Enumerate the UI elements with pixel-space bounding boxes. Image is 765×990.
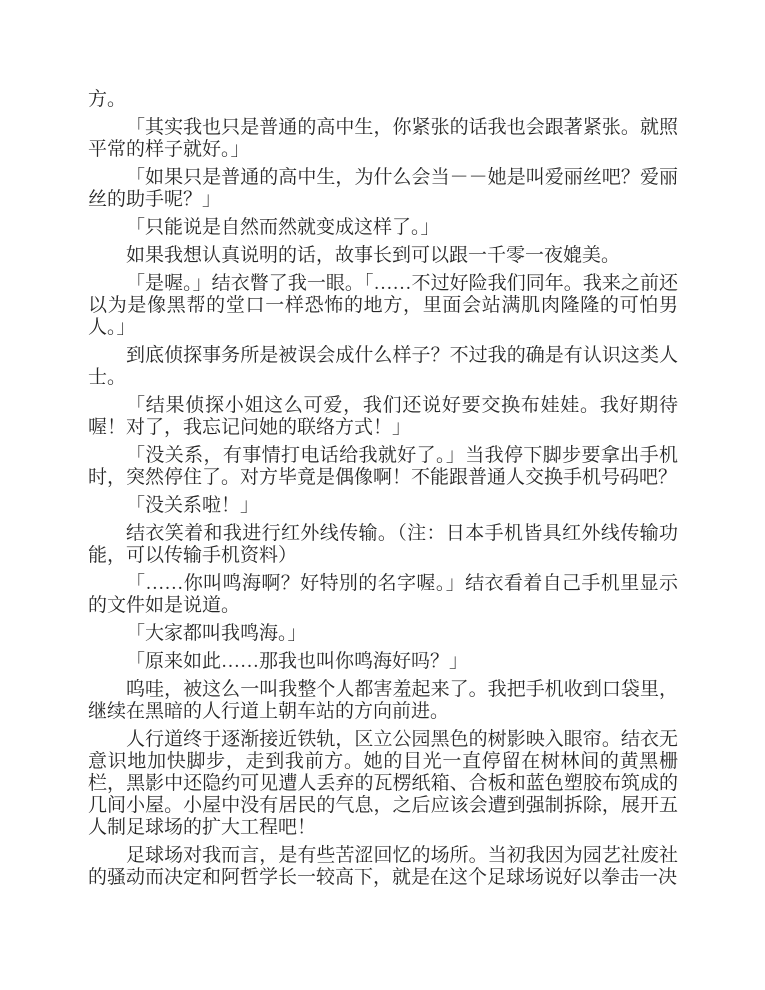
paragraph: 「是喔。」结衣瞥了我一眼。「……不过好险我们同年。我来之前还以为是像黑帮的堂口一… [88,273,678,339]
paragraph: 「……你叫鸣海啊？好特別的名字喔。」结衣看着自己手机里显示的文件如是说道。 [88,573,678,617]
paragraph: 「原来如此……那我也叫你鸣海好吗？」 [88,651,678,673]
paragraph: 「如果只是普通的高中生，为什么会当－－她是叫爱丽丝吧？爱丽丝的助手呢？」 [88,167,678,211]
paragraph: 到底侦探事务所是被误会成什么样子？不过我的确是有认识这类人士。 [88,345,678,389]
paragraph: 足球场对我而言，是有些苦涩回忆的场所。当初我因为园艺社废社的骚动而决定和阿哲学长… [88,845,678,889]
paragraph: 呜哇，被这么一叫我整个人都害羞起来了。我把手机收到口袋里，继续在黑暗的人行道上朝… [88,679,678,723]
paragraph: 「其实我也只是普通的高中生，你紧张的话我也会跟著紧张。就照平常的样子就好。」 [88,117,678,161]
text-block: 方。「其实我也只是普通的高中生，你紧张的话我也会跟著紧张。就照平常的样子就好。」… [88,89,678,889]
paragraph: 「结果侦探小姐这么可爱，我们还说好要交换布娃娃。我好期待喔！对了，我忘记问她的联… [88,395,678,439]
paragraph: 「大家都叫我鸣海。」 [88,623,678,645]
paragraph: 「只能说是自然而然就变成这样了。」 [88,217,678,239]
paragraph: 如果我想认真说明的话，故事长到可以跟一千零一夜媲美。 [88,245,678,267]
novel-page: 方。「其实我也只是普通的高中生，你紧张的话我也会跟著紧张。就照平常的样子就好。」… [0,0,765,990]
paragraph: 结衣笑着和我进行红外线传输。（注：日本手机皆具红外线传输功能，可以传输手机资料） [88,523,678,567]
paragraph: 「没关系，有事情打电话给我就好了。」当我停下脚步要拿出手机时，突然停住了。对方毕… [88,445,678,489]
paragraph: 「没关系啦！」 [88,495,678,517]
paragraph: 方。 [88,89,678,111]
paragraph: 人行道终于逐渐接近铁轨，区立公园黑色的树影映入眼帘。结衣无意识地加快脚步，走到我… [88,729,678,839]
